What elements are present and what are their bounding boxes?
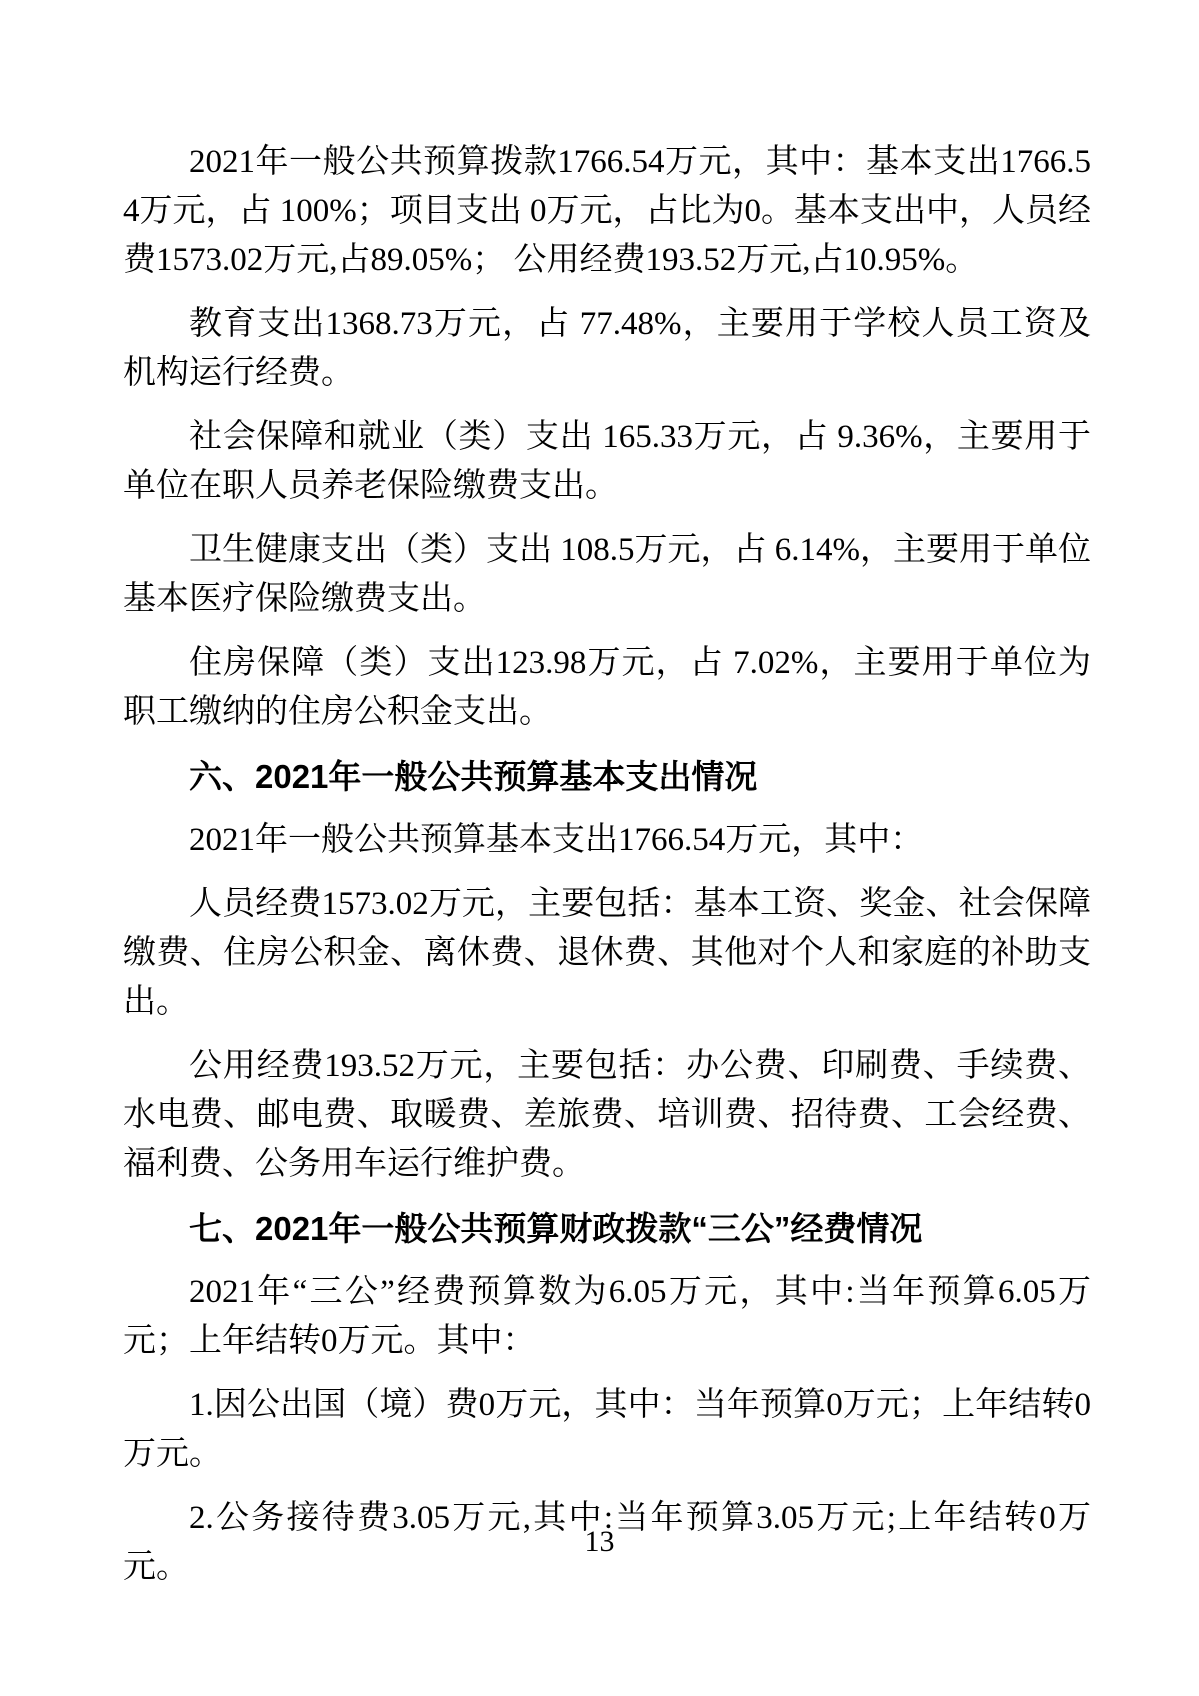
paragraph-budget-allocation-overview: 2021年一般公共预算拨款1766.54万元，其中：基本支出1766.54万元，… (123, 138, 1091, 285)
document-page: 2021年一般公共预算拨款1766.54万元，其中：基本支出1766.54万元，… (0, 0, 1199, 1696)
paragraph-public-funds: 公用经费193.52万元，主要包括：办公费、印刷费、手续费、水电费、邮电费、取暖… (123, 1042, 1091, 1189)
paragraph-overseas-travel-fee: 1.因公出国（境）费0万元，其中：当年预算0万元；上年结转0万元。 (123, 1381, 1091, 1479)
paragraph-three-public-funds-total: 2021年“三公”经费预算数为6.05万元，其中:当年预算6.05万元；上年结转… (123, 1268, 1091, 1366)
section-heading-three-public-funds: 七、2021年一般公共预算财政拨款“三公”经费情况 (123, 1204, 1091, 1253)
page-number: 13 (0, 1524, 1199, 1560)
paragraph-social-security-expenditure: 社会保障和就业（类）支出 165.33万元，占 9.36%，主要用于单位在职人员… (123, 413, 1091, 511)
paragraph-education-expenditure: 教育支出1368.73万元，占 77.48%，主要用于学校人员工资及机构运行经费… (123, 300, 1091, 398)
section-heading-basic-expenditure: 六、2021年一般公共预算基本支出情况 (123, 752, 1091, 801)
paragraph-personnel-funds: 人员经费1573.02万元，主要包括：基本工资、奖金、社会保障缴费、住房公积金、… (123, 880, 1091, 1027)
paragraph-housing-expenditure: 住房保障（类）支出123.98万元，占 7.02%，主要用于单位为职工缴纳的住房… (123, 639, 1091, 737)
document-body: 2021年一般公共预算拨款1766.54万元，其中：基本支出1766.54万元，… (123, 138, 1091, 1607)
paragraph-basic-expenditure-total: 2021年一般公共预算基本支出1766.54万元，其中： (123, 816, 1091, 865)
paragraph-health-expenditure: 卫生健康支出（类）支出 108.5万元，占 6.14%，主要用于单位基本医疗保险… (123, 526, 1091, 624)
